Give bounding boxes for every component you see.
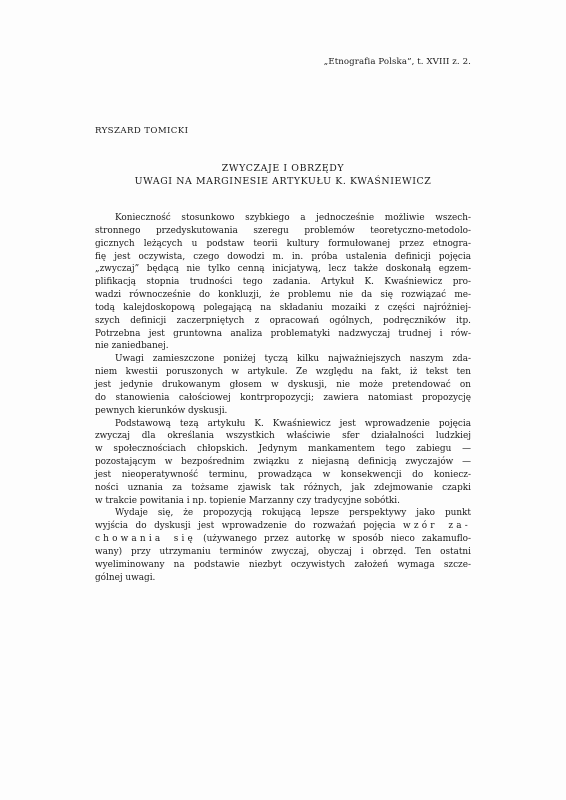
text-line: w społecznościach chłopskich. Jedynym ma…: [95, 443, 471, 456]
paragraph-1: Konieczność stosunkowo szybkiego a jedno…: [95, 212, 471, 353]
text-line: chowania się (używanego przez autorkę w …: [95, 533, 471, 546]
text-line: w trakcie powitania i np. topienie Marza…: [95, 495, 471, 508]
text-line: fię jest oczywista, czego dowodzi m. in.…: [95, 251, 471, 264]
text-fragment: (używanego przez autorkę w sposób nieco …: [203, 534, 471, 544]
text-line: stronnego przedyskutowania szeregu probl…: [95, 225, 471, 238]
text-line: gicznych leżących u podstaw teorii kultu…: [95, 238, 471, 251]
text-line: Uwagi zamieszczone poniżej tyczą kilku n…: [95, 353, 471, 366]
text-line: pozostającym w bezpośrednim związku z ni…: [95, 456, 471, 469]
text-line: szych definicji zaczerpniętych z opracow…: [95, 315, 471, 328]
article-title: ZWYCZAJE I OBRZĘDY UWAGI NA MARGINESIE A…: [95, 163, 471, 188]
text-line: Potrzebna jest gruntowna analiza problem…: [95, 328, 471, 341]
title-line-1: ZWYCZAJE I OBRZĘDY: [95, 163, 471, 176]
text-line: ności uznania za tożsame zjawisk tak róż…: [95, 482, 471, 495]
text-line: wyjścia do dyskusji jest wprowadzenie do…: [95, 520, 471, 533]
text-line: Konieczność stosunkowo szybkiego a jedno…: [95, 212, 471, 225]
author-name: RYSZARD TOMICKI: [95, 126, 188, 136]
text-line: pewnych kierunków dyskusji.: [95, 405, 471, 418]
journal-header: „Etnografia Polska”, t. XVIII z. 2.: [283, 57, 471, 67]
paragraph-3: Podstawową tezą artykułu K. Kwaśniewicz …: [95, 418, 471, 508]
text-line: jest nieoperatywność terminu, prowadząca…: [95, 469, 471, 482]
text-line: nie zaniedbanej.: [95, 340, 471, 353]
text-line: zwyczaj dla określania wszystkich właści…: [95, 430, 471, 443]
text-line: do stanowienia całościowej kontrpropozyc…: [95, 392, 471, 405]
emphasized-term: wzór za-: [403, 521, 471, 531]
text-line: wany) przy utrzymaniu terminów zwyczaj, …: [95, 546, 471, 559]
paragraph-4: Wydaje się, że propozycją rokującą lepsz…: [95, 507, 471, 584]
text-line: Wydaje się, że propozycją rokującą lepsz…: [95, 507, 471, 520]
article-body: Konieczność stosunkowo szybkiego a jedno…: [95, 212, 471, 584]
emphasized-term: chowania się: [95, 534, 196, 544]
text-line: niem kwestii poruszonych w artykule. Ze …: [95, 366, 471, 379]
text-line: wadzi równocześnie do konkluzji, że prob…: [95, 289, 471, 302]
text-line: Podstawową tezą artykułu K. Kwaśniewicz …: [95, 418, 471, 431]
text-line: jest jedynie drukowanym głosem w dyskusj…: [95, 379, 471, 392]
text-line: „zwyczaj” będącą nie tylko cenną inicjat…: [95, 263, 471, 276]
paragraph-2: Uwagi zamieszczone poniżej tyczą kilku n…: [95, 353, 471, 417]
text-line: wyeliminowany na podstawie niezbyt oczyw…: [95, 559, 471, 572]
text-line: todą kalejdoskopową polegającą na składa…: [95, 302, 471, 315]
subtitle-line: UWAGI NA MARGINESIE ARTYKUŁU K. KWAŚNIEW…: [95, 176, 471, 189]
text-line: gólnej uwagi.: [95, 572, 471, 585]
document-page: „Etnografia Polska”, t. XVIII z. 2. RYSZ…: [0, 0, 566, 800]
text-fragment: wyjścia do dyskusji jest wprowadzenie do…: [95, 521, 396, 531]
text-line: plifikacją stopnia trudności tego zadani…: [95, 276, 471, 289]
